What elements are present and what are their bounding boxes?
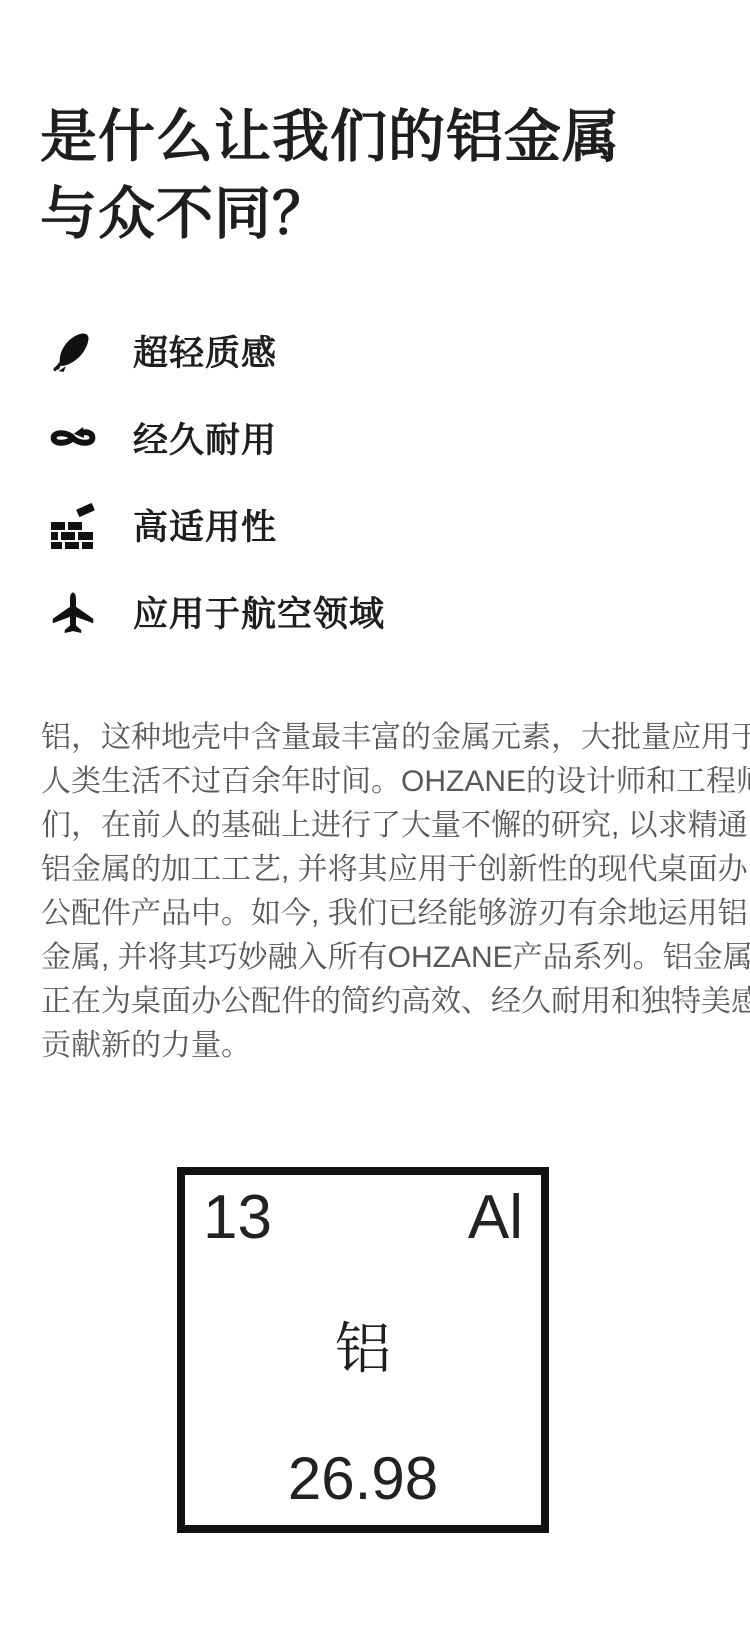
description-line: 正在为桌面办公配件的简约高效、经久耐用和独特美感 <box>41 980 716 1024</box>
endless-loop-icon <box>45 410 101 465</box>
description-line: 贡献新的力量。 <box>41 1024 716 1068</box>
periodic-element-card: 13 Al 铝 26.98 <box>177 1167 549 1533</box>
element-symbol: Al <box>468 1187 523 1249</box>
feature-label: 高适用性 <box>133 500 277 550</box>
description-line: 金属, 并将其巧妙融入所有OHZANE产品系列。铝金属 <box>41 936 716 980</box>
aluminum-feature-page: 是什么让我们的铝金属 与众不同？ 超轻质感 经久耐用 <box>0 0 750 1638</box>
description-line: 们，在前人的基础上进行了大量不懈的研究, 以求精通 <box>41 804 716 848</box>
description-paragraph: 铝，这种地壳中含量最丰富的金属元素，大批量应用于 人类生活不过百余年时间。OHZ… <box>41 716 716 1068</box>
feature-label: 经久耐用 <box>133 413 277 463</box>
page-title-line1: 是什么让我们的铝金属 <box>40 99 620 176</box>
feature-row-lightweight: 超轻质感 <box>45 323 385 378</box>
atomic-number: 13 <box>203 1187 272 1249</box>
page-title: 是什么让我们的铝金属 与众不同？ <box>40 99 620 253</box>
feature-label: 超轻质感 <box>133 326 277 376</box>
element-name-cn: 铝 <box>185 1321 541 1377</box>
feature-row-versatile: 高适用性 <box>45 497 385 552</box>
description-line: 人类生活不过百余年时间。OHZANE的设计师和工程师 <box>41 760 716 804</box>
description-line: 公配件产品中。如今, 我们已经能够游刃有余地运用铝 <box>41 892 716 936</box>
feather-icon <box>45 323 101 378</box>
description-line: 铝金属的加工工艺, 并将其应用于创新性的现代桌面办 <box>41 848 716 892</box>
page-title-line2: 与众不同？ <box>40 176 620 253</box>
feature-list: 超轻质感 经久耐用 <box>45 323 385 671</box>
airplane-icon <box>45 584 101 639</box>
feature-row-aerospace: 应用于航空领域 <box>45 584 385 639</box>
feature-row-durable: 经久耐用 <box>45 410 385 465</box>
description-line: 铝，这种地壳中含量最丰富的金属元素，大批量应用于 <box>41 716 716 760</box>
atomic-mass: 26.98 <box>185 1449 541 1509</box>
bricks-icon <box>45 497 101 552</box>
feature-label: 应用于航空领域 <box>133 587 385 637</box>
